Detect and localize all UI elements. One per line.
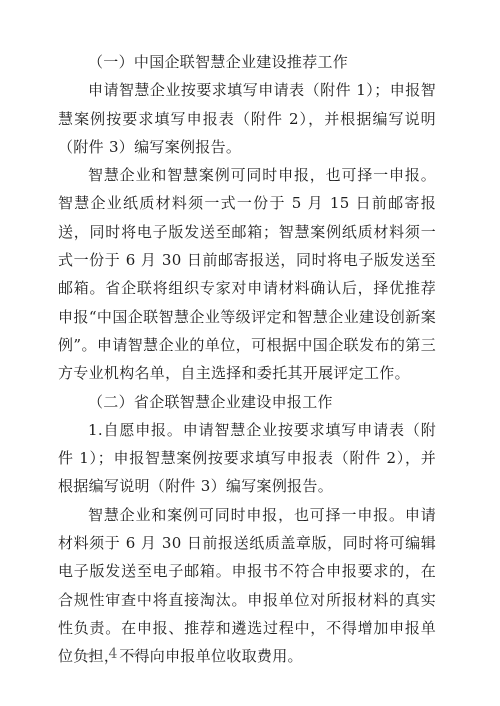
- section-heading-2: （二）省企联智慧企业建设申报工作: [58, 388, 436, 416]
- paragraph-3: 1.自愿申报。申请智慧企业按要求填写申请表（附件 1）；申报智慧案例按要求填写申…: [58, 416, 436, 501]
- section-heading-1: （一）中国企联智慧企业建设推荐工作: [58, 48, 436, 76]
- paragraph-1: 申请智慧企业按要求填写申请表（附件 1）；申报智慧案例按要求填写申报表（附件 2…: [58, 76, 436, 161]
- document-page: （一）中国企联智慧企业建设推荐工作 申请智慧企业按要求填写申请表（附件 1）；申…: [0, 0, 500, 706]
- paragraph-2: 智慧企业和智慧案例可同时申报，也可择一申报。智慧企业纸质材料须一式一份于 5 月…: [58, 161, 436, 387]
- document-body: （一）中国企联智慧企业建设推荐工作 申请智慧企业按要求填写申请表（附件 1）；申…: [58, 48, 436, 671]
- page-number: — 4 —: [84, 644, 145, 664]
